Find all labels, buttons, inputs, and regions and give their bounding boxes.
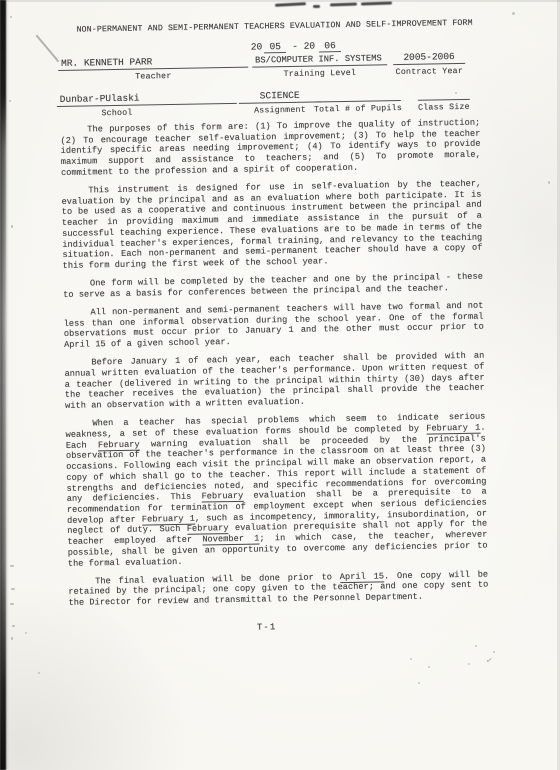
school-year-start-field: 05 xyxy=(264,41,286,53)
year-prefix: 20 xyxy=(251,41,263,52)
scan-speck xyxy=(548,181,550,184)
scan-left-edge-shadow xyxy=(0,0,6,770)
total-pupils-value xyxy=(314,87,401,103)
paragraph: When a teacher has special problems whic… xyxy=(65,412,488,569)
scan-speck xyxy=(410,658,412,660)
contract-year-field-label: Contract Year xyxy=(393,64,465,77)
assignment-value: SCIENCE xyxy=(239,88,321,103)
scan-speck xyxy=(468,663,470,665)
scan-speck xyxy=(10,16,12,18)
scan-speck xyxy=(418,682,420,684)
field-teacher: MR. KENNETH PARR Teacher xyxy=(58,54,248,83)
scan-speck xyxy=(38,672,40,674)
form-title: NON-PERMANENT AND SEMI-PERMANENT TEACHER… xyxy=(76,19,472,35)
scan-speck xyxy=(9,100,11,102)
check-mark-artifact: ✓ xyxy=(485,656,493,666)
page-content: NON-PERMANENT AND SEMI-PERMANENT TEACHER… xyxy=(0,0,560,770)
field-school: Dunbar-PUlaski School xyxy=(57,90,237,119)
field-assignment: SCIENCE Assignment xyxy=(239,88,321,115)
field-class-size: Class Size xyxy=(418,86,470,113)
paragraph: All non-permanent and semi-permanent tea… xyxy=(63,301,484,351)
paragraph: This instrument is designed for use in s… xyxy=(61,179,482,272)
form-body: The purposes of this form are: (1) To im… xyxy=(60,118,488,609)
scan-speck xyxy=(25,632,27,634)
total-pupils-field-label: Total # of Pupils xyxy=(314,101,401,115)
year-separator: - 20 xyxy=(292,41,315,52)
scanned-form-page: NON-PERMANENT AND SEMI-PERMANENT TEACHER… xyxy=(0,0,560,770)
training-level-field-label: Training Level xyxy=(252,65,387,79)
scan-speck xyxy=(10,565,14,567)
scan-speck xyxy=(455,92,457,94)
class-size-value xyxy=(418,86,470,101)
scan-speck xyxy=(475,645,477,647)
scan-speck xyxy=(10,603,14,605)
scan-speck xyxy=(11,225,13,228)
scan-speck xyxy=(11,588,15,590)
paragraph: The final evaluation will be done prior … xyxy=(68,569,488,608)
scan-speck xyxy=(493,651,495,653)
paragraph: One form will be completed by the teache… xyxy=(63,272,483,301)
field-total-pupils: Total # of Pupils xyxy=(314,87,401,115)
school-year-end-field: 06 xyxy=(319,40,341,52)
paragraph: The purposes of this form are: (1) To im… xyxy=(60,118,481,179)
scan-speck xyxy=(12,625,15,627)
page-number: T-1 xyxy=(257,622,276,632)
contract-year-value: 2005-2006 xyxy=(393,50,465,65)
scan-speck xyxy=(11,637,13,640)
training-level-value: BS/COMPUTER INF. SYSTEMS xyxy=(252,51,387,67)
class-size-field-label: Class Size xyxy=(418,100,470,113)
field-training-level: BS/COMPUTER INF. SYSTEMS Training Level xyxy=(252,51,387,79)
scan-speck xyxy=(512,12,515,15)
scan-speck xyxy=(428,666,430,668)
assignment-field-label: Assignment xyxy=(239,102,321,115)
field-contract-year: 2005-2006 Contract Year xyxy=(393,50,465,77)
paragraph: Before January 1 of each year, each teac… xyxy=(64,351,485,412)
